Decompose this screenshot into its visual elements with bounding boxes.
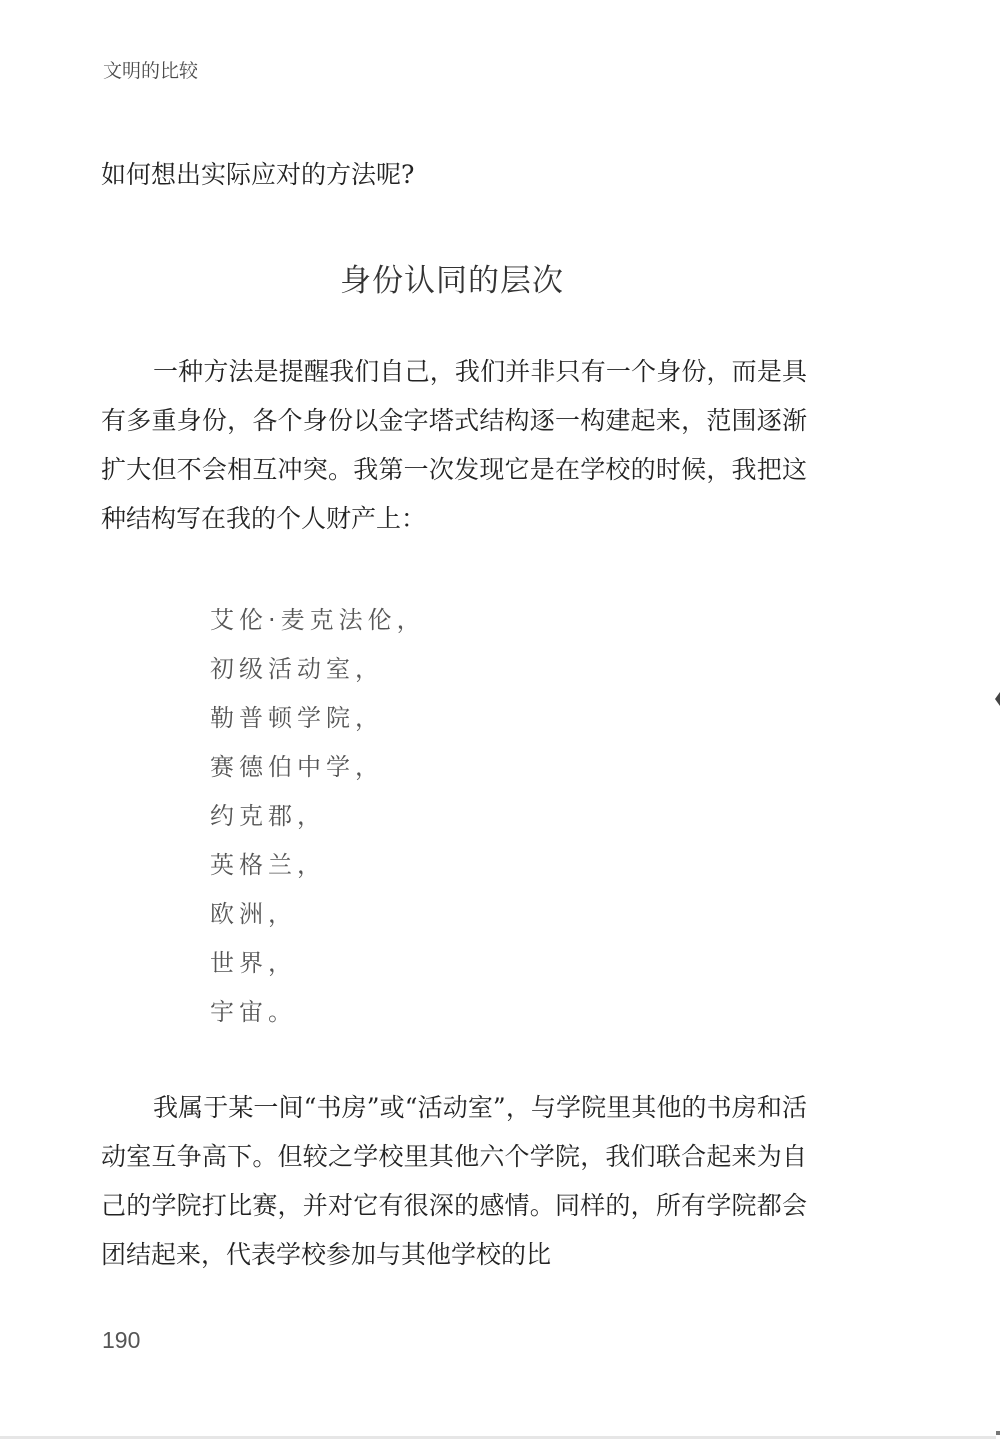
horizontal-scrollbar[interactable] [0, 1436, 996, 1439]
scrollbar-handle[interactable] [996, 1431, 1000, 1435]
list-item: 勒普顿学院， [210, 694, 426, 743]
list-item: 约克郡， [210, 792, 426, 841]
body-paragraph-1: 一种方法是提醒我们自己，我们并非只有一个身份，而是具有多重身份，各个身份以金字塔… [101, 347, 807, 543]
identity-hierarchy-list: 艾伦·麦克法伦， 初级活动室， 勒普顿学院， 赛德伯中学， 约克郡， 英格兰， … [210, 596, 426, 1037]
page-turn-arrow-icon[interactable] [995, 692, 1000, 706]
running-header: 文明的比较 [103, 56, 198, 83]
list-item: 初级活动室， [210, 645, 426, 694]
page-number: 190 [102, 1327, 140, 1354]
lead-line: 如何想出实际应对的方法呢? [101, 155, 414, 191]
list-item: 世界， [210, 939, 426, 988]
list-item: 赛德伯中学， [210, 743, 426, 792]
list-item: 欧洲， [210, 890, 426, 939]
list-item: 宇宙。 [210, 988, 426, 1037]
body-paragraph-2: 我属于某一间“书房”或“活动室”，与学院里其他的书房和活动室互争高下。但较之学校… [101, 1083, 807, 1279]
list-item: 艾伦·麦克法伦， [210, 596, 426, 645]
list-item: 英格兰， [210, 841, 426, 890]
section-title: 身份认同的层次 [0, 255, 904, 300]
